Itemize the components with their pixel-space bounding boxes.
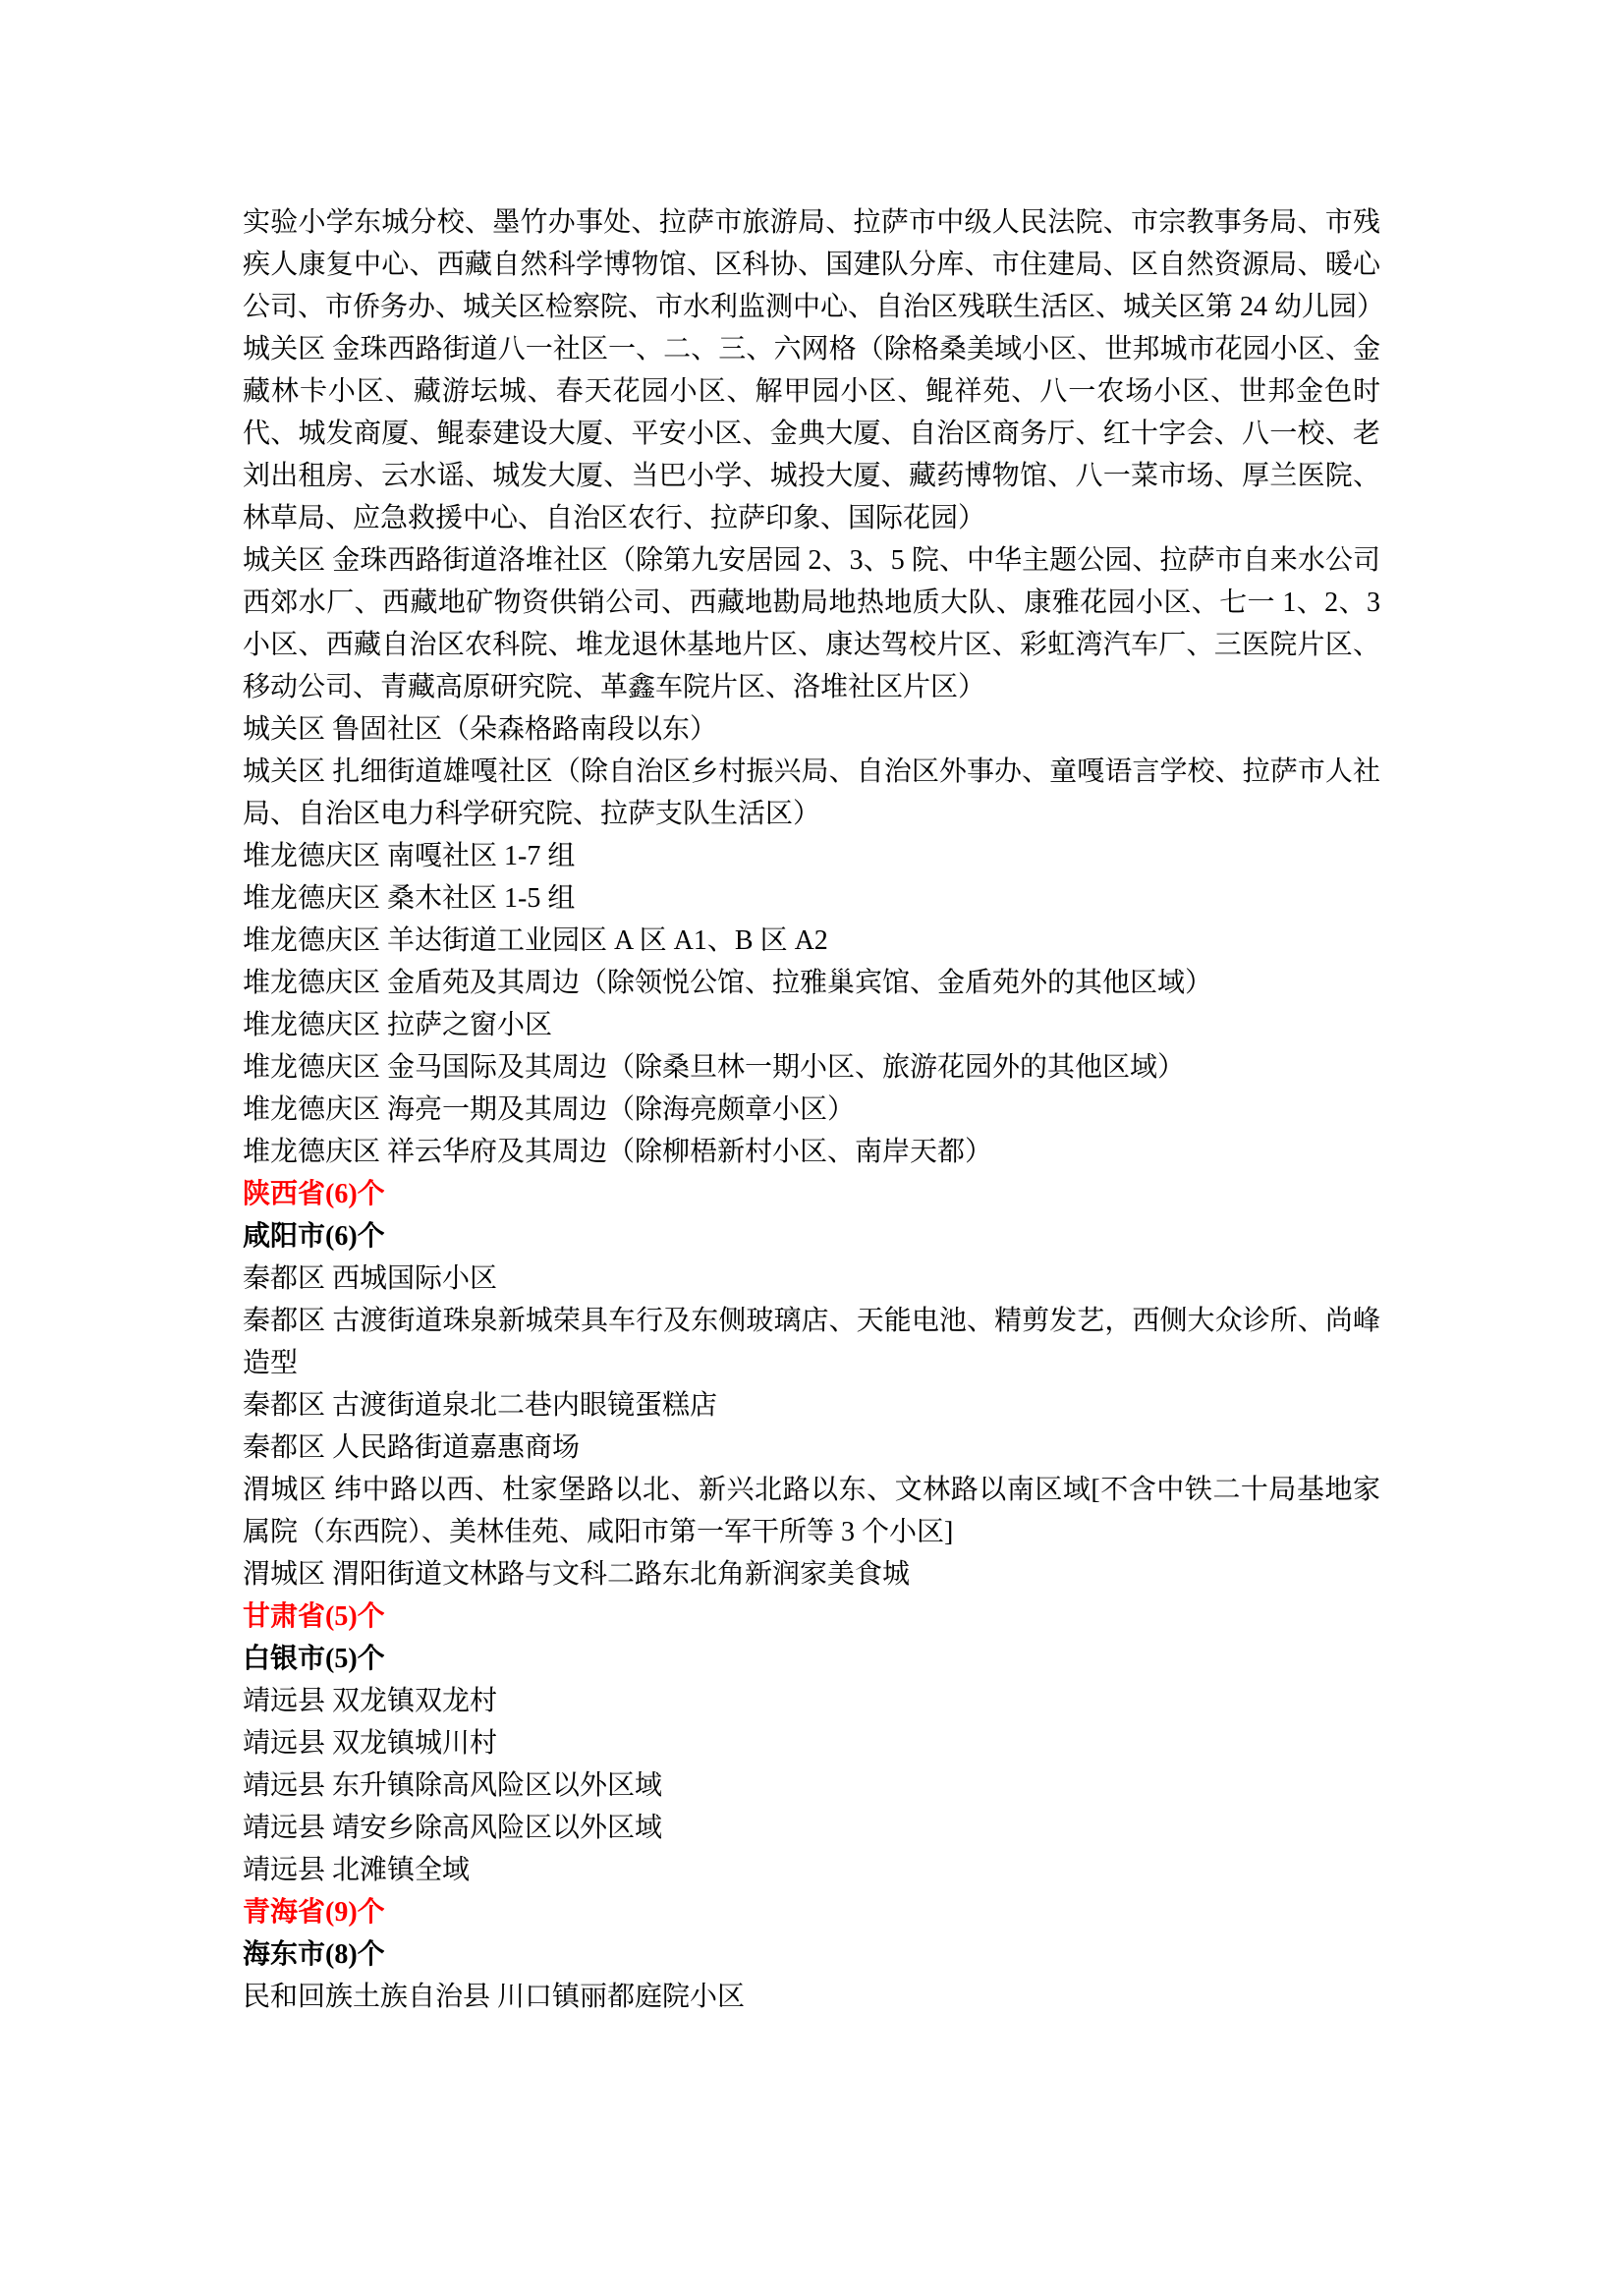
province-header: 陕西省(6)个 [243,1173,1380,1215]
region-entry: 靖远县 东升镇除高风险区以外区域 [243,1764,1380,1807]
region-entry: 民和回族土族自治县 川口镇丽都庭院小区 [243,1976,1380,2018]
region-entry: 城关区 扎细街道雄嘎社区（除自治区乡村振兴局、自治区外事办、童嘎语言学校、拉萨市… [243,751,1380,835]
region-entry: 秦都区 古渡街道珠泉新城荣具车行及东侧玻璃店、天能电池、精剪发艺，西侧大众诊所、… [243,1300,1380,1384]
region-entry: 秦都区 人民路街道嘉惠商场 [243,1427,1380,1469]
region-entry: 城关区 鲁固社区（朵森格路南段以东） [243,708,1380,751]
region-entry: 靖远县 双龙镇城川村 [243,1722,1380,1764]
region-entry: 秦都区 古渡街道泉北二巷内眼镜蛋糕店 [243,1384,1380,1427]
region-entry: 渭城区 渭阳街道文林路与文科二路东北角新润家美食城 [243,1553,1380,1595]
region-entry: 靖远县 北滩镇全域 [243,1849,1380,1891]
region-entry: 堆龙德庆区 羊达街道工业园区 A 区 A1、B 区 A2 [243,920,1380,962]
region-entry: 堆龙德庆区 拉萨之窗小区 [243,1004,1380,1046]
city-header: 白银市(5)个 [243,1638,1380,1680]
region-entry: 秦都区 西城国际小区 [243,1258,1380,1300]
region-entry: 堆龙德庆区 桑木社区 1-5 组 [243,877,1380,920]
region-entry: 堆龙德庆区 祥云华府及其周边（除柳梧新村小区、南岸天都） [243,1131,1380,1173]
region-entry: 靖远县 双龙镇双龙村 [243,1680,1380,1722]
province-header: 甘肃省(5)个 [243,1595,1380,1638]
city-header: 咸阳市(6)个 [243,1215,1380,1258]
city-header: 海东市(8)个 [243,1933,1380,1976]
region-entry: 实验小学东城分校、墨竹办事处、拉萨市旅游局、拉萨市中级人民法院、市宗教事务局、市… [243,201,1380,328]
region-entry: 城关区 金珠西路街道八一社区一、二、三、六网格（除格桑美域小区、世邦城市花园小区… [243,328,1380,539]
region-entry: 堆龙德庆区 金盾苑及其周边（除领悦公馆、拉雅巢宾馆、金盾苑外的其他区域） [243,962,1380,1004]
region-entry: 堆龙德庆区 金马国际及其周边（除桑旦林一期小区、旅游花园外的其他区域） [243,1046,1380,1089]
document-page: 实验小学东城分校、墨竹办事处、拉萨市旅游局、拉萨市中级人民法院、市宗教事务局、市… [0,0,1624,2295]
province-header: 青海省(9)个 [243,1891,1380,1933]
region-entry: 城关区 金珠西路街道洛堆社区（除第九安居园 2、3、5 院、中华主题公园、拉萨市… [243,539,1380,708]
document-content: 实验小学东城分校、墨竹办事处、拉萨市旅游局、拉萨市中级人民法院、市宗教事务局、市… [243,201,1380,2018]
region-entry: 渭城区 纬中路以西、杜家堡路以北、新兴北路以东、文林路以南区域[不含中铁二十局基… [243,1469,1380,1553]
region-entry: 靖远县 靖安乡除高风险区以外区域 [243,1807,1380,1849]
region-entry: 堆龙德庆区 海亮一期及其周边（除海亮颇章小区） [243,1089,1380,1131]
region-entry: 堆龙德庆区 南嘎社区 1-7 组 [243,835,1380,877]
